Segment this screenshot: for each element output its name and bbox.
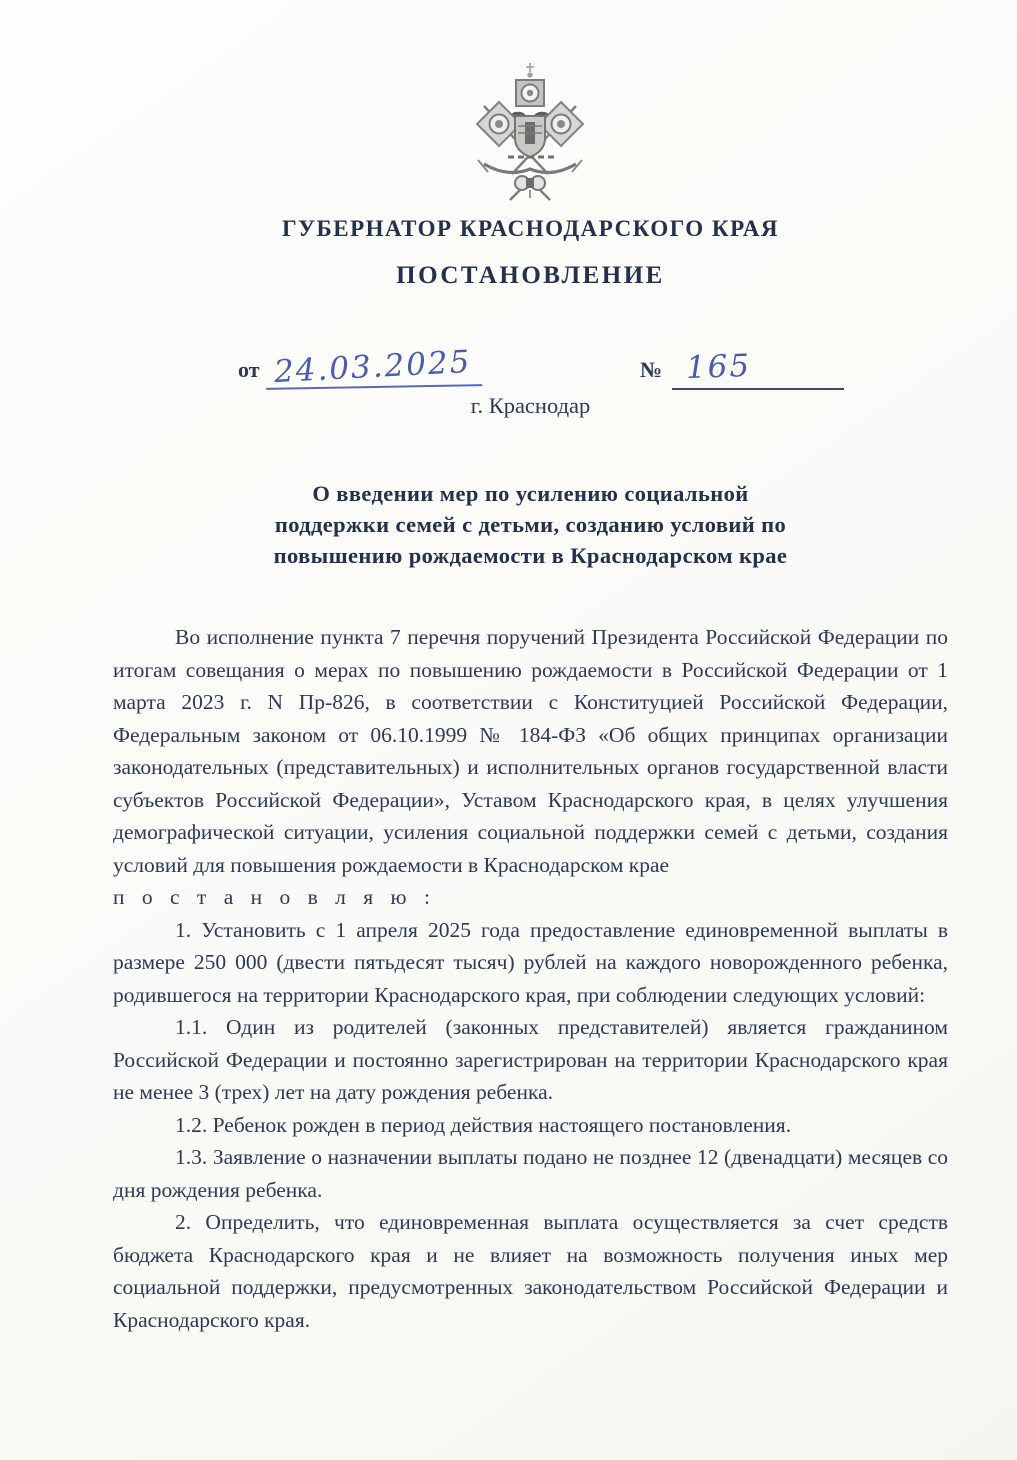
paragraph-item-1-1: 1.1. Один из родителей (законных предста… xyxy=(113,1011,948,1109)
city-line: г. Краснодар xyxy=(113,393,948,419)
number-value-handwritten: 165 xyxy=(686,351,752,384)
paragraph-item-1: 1. Установить с 1 апреля 2025 года предо… xyxy=(113,914,948,1012)
document-body: Во исполнение пункта 7 перечня поручений… xyxy=(113,621,948,1336)
number-label: № xyxy=(640,357,662,382)
title-line-3: повышению рождаемости в Краснодарском кр… xyxy=(113,540,948,571)
paragraph-item-1-3: 1.3. Заявление о назначении выплаты пода… xyxy=(113,1141,948,1206)
paragraph-item-2: 2. Определить, что единовременная выплат… xyxy=(113,1206,948,1336)
title-line-2: поддержки семей с детьми, созданию услов… xyxy=(113,509,948,540)
resolve-word: п о с т а н о в л я ю : xyxy=(113,881,948,914)
date-label: от xyxy=(238,357,260,382)
krasnodar-krai-coat-of-arms-icon xyxy=(468,60,592,202)
date-value-handwritten: 24.03.2025 xyxy=(273,347,472,388)
paragraph-preamble: Во исполнение пункта 7 перечня поручений… xyxy=(113,621,948,881)
requisites-row: от24.03.2025 №165 xyxy=(113,340,948,400)
document-page: ГУБЕРНАТОР КРАСНОДАРСКОГО КРАЯ ПОСТАНОВЛ… xyxy=(0,0,1017,1460)
title-line-1: О введении мер по усилению социальной xyxy=(113,478,948,509)
date-group: от24.03.2025 xyxy=(238,352,481,388)
number-group: №165 xyxy=(640,352,844,390)
org-name: ГУБЕРНАТОР КРАСНОДАРСКОГО КРАЯ xyxy=(113,216,948,242)
document-title: О введении мер по усилению социальной по… xyxy=(113,478,948,571)
document-type: ПОСТАНОВЛЕНИЕ xyxy=(113,262,948,290)
paragraph-item-1-2: 1.2. Ребенок рожден в период действия на… xyxy=(113,1109,948,1142)
